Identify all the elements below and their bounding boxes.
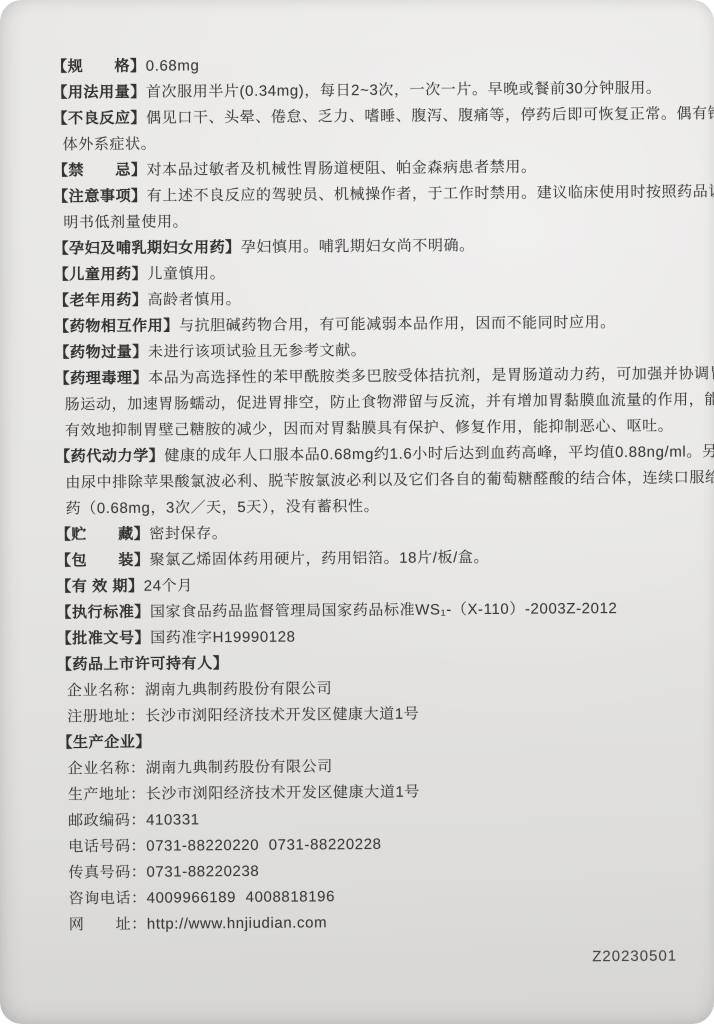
section-label: 【药物相互作用】 — [54, 317, 179, 335]
line-text: 邮政编码：410331 — [68, 811, 200, 829]
line-text: 孕妇慎用。哺乳期妇女尚不明确。 — [241, 237, 475, 256]
line-text: 企业名称：湖南九典制药股份有限公司 — [67, 680, 332, 699]
line-text: 明书低剂量使用。 — [63, 213, 188, 231]
line-text: 聚氯乙烯固体药用硬片，药用铝箔。18片/板/盒。 — [150, 549, 490, 569]
line-text: 咨询电话：4009966189 4008818196 — [69, 888, 336, 907]
section-label: 【用法用量】 — [52, 84, 146, 102]
section-label: 【包 装】 — [56, 552, 150, 570]
section-label: 【药物过量】 — [54, 344, 148, 362]
insert-lines: 【规 格】0.68mg【用法用量】首次服用半片(0.34mg)，每日2~3次，一… — [52, 50, 677, 939]
section-label: 【规 格】 — [52, 58, 146, 76]
line-text: 有上述不良反应的驾驶员、机械操作者，于工作时禁用。建议临床使用时按照药品说 — [147, 183, 714, 205]
insert-line: 【不良反应】偶见口干、头晕、倦怠、乏力、嗜睡、腹泻、腹痛等，停药后即可恢复正常。… — [52, 102, 670, 133]
line-text: 由尿中排除苹果酸氯波必利、脱苄胺氯波必利以及它们各自的葡萄糖醛酸的结合体，连续口… — [65, 469, 714, 491]
section-label: 【贮 藏】 — [56, 526, 150, 544]
line-text: 密封保存。 — [149, 525, 227, 543]
section-label: 【注意事项】 — [53, 188, 147, 206]
line-text: 肠运动，加速胃肠蠕动，促进胃排空，防止食物滞留与反流，并有增加胃黏膜血流量的作用… — [65, 391, 714, 413]
insert-line: 【执行标准】国家食品药品监督管理局国家药品标准WS₁-（X-110）-2003Z… — [56, 596, 674, 627]
line-text: 网 址：http://www.hnjiudian.com — [69, 914, 327, 933]
line-text: 对本品过敏者及机械性胃肠道梗阻、帕金森病患者禁用。 — [146, 159, 536, 179]
insert-line: 由尿中排除苹果酸氯波必利、脱苄胺氯波必利以及它们各自的葡萄糖醛酸的结合体，连续口… — [55, 466, 673, 497]
line-text: 企业名称：湖南九典制药股份有限公司 — [68, 758, 333, 777]
line-text: 0.68mg — [146, 57, 200, 74]
insert-text-block: 【规 格】0.68mg【用法用量】首次服用半片(0.34mg)，每日2~3次，一… — [52, 50, 677, 975]
insert-line: 【药物相互作用】与抗胆碱药物合用，有可能减弱本品作用，因而不能同时应用。 — [54, 310, 672, 341]
section-label: 【执行标准】 — [56, 604, 150, 622]
line-text: 儿童慎用。 — [147, 265, 225, 283]
section-label: 【儿童用药】 — [54, 266, 148, 284]
batch-code: Z20230501 — [59, 944, 677, 975]
section-label: 【老年用药】 — [54, 292, 148, 310]
line-text: 24个月 — [144, 577, 193, 594]
line-text: 本品为高选择性的苯甲酰胺类多巴胺受体拮抗剂，是胃肠道动力药，可加强并协调胃 — [148, 365, 714, 387]
line-text: 与抗胆碱药物合用，有可能减弱本品作用，因而不能同时应用。 — [179, 314, 616, 334]
section-label: 【生产企业】 — [57, 734, 151, 752]
line-text: 高龄者慎用。 — [147, 291, 241, 309]
section-label: 【有 效 期】 — [56, 578, 144, 596]
section-label: 【孕妇及哺乳期妇女用药】 — [53, 239, 240, 257]
line-text: 电话号码：0731-88220220 0731-88220228 — [68, 836, 381, 855]
section-label: 【药品上市许可持有人】 — [57, 655, 229, 673]
section-label: 【禁 忌】 — [53, 162, 147, 180]
package-insert-page: 【规 格】0.68mg【用法用量】首次服用半片(0.34mg)，每日2~3次，一… — [0, 0, 714, 1024]
line-text: 有效地抑制胃壁己糖胺的减少，因而对胃黏膜具有保护、修复作用，能抑制恶心、呕吐。 — [65, 418, 674, 440]
line-text: 生产地址：长沙市浏阳经济技术开发区健康大道1号 — [68, 784, 420, 804]
section-label: 【批准文号】 — [57, 630, 151, 648]
line-text: 未进行该项试验且无参考文献。 — [148, 342, 367, 361]
section-label: 【不良反应】 — [52, 110, 146, 128]
line-text: 偶见口干、头晕、倦怠、乏力、嗜睡、腹泻、腹痛等，停药后即可恢复正常。偶有锥 — [146, 105, 714, 127]
line-text: 首次服用半片(0.34mg)，每日2~3次，一次一片。早晚或餐前30分钟服用。 — [146, 80, 662, 101]
insert-line: 网 址：http://www.hnjiudian.com — [59, 908, 677, 939]
line-text: 体外系症状。 — [63, 136, 157, 154]
line-text: 国药准字H19990128 — [150, 629, 296, 647]
line-text: 健康的成年人口服本品0.68mg约1.6小时后达到血药高峰，平均值0.88ng/… — [164, 443, 714, 464]
section-label: 【药代动力学】 — [55, 448, 164, 466]
line-text: 国家食品药品监督管理局国家药品标准WS₁-（X-110）-2003Z-2012 — [150, 600, 618, 621]
line-text: 注册地址：长沙市浏阳经济技术开发区健康大道1号 — [67, 706, 419, 726]
insert-line: 【注意事项】有上述不良反应的驾驶员、机械操作者，于工作时禁用。建议临床使用时按照… — [53, 180, 671, 211]
line-text: 传真号码：0731-88220238 — [68, 863, 259, 881]
line-text: 药（0.68mg，3次／天，5天），没有蓄积性。 — [66, 498, 380, 517]
section-label: 【药理毒理】 — [54, 370, 148, 388]
